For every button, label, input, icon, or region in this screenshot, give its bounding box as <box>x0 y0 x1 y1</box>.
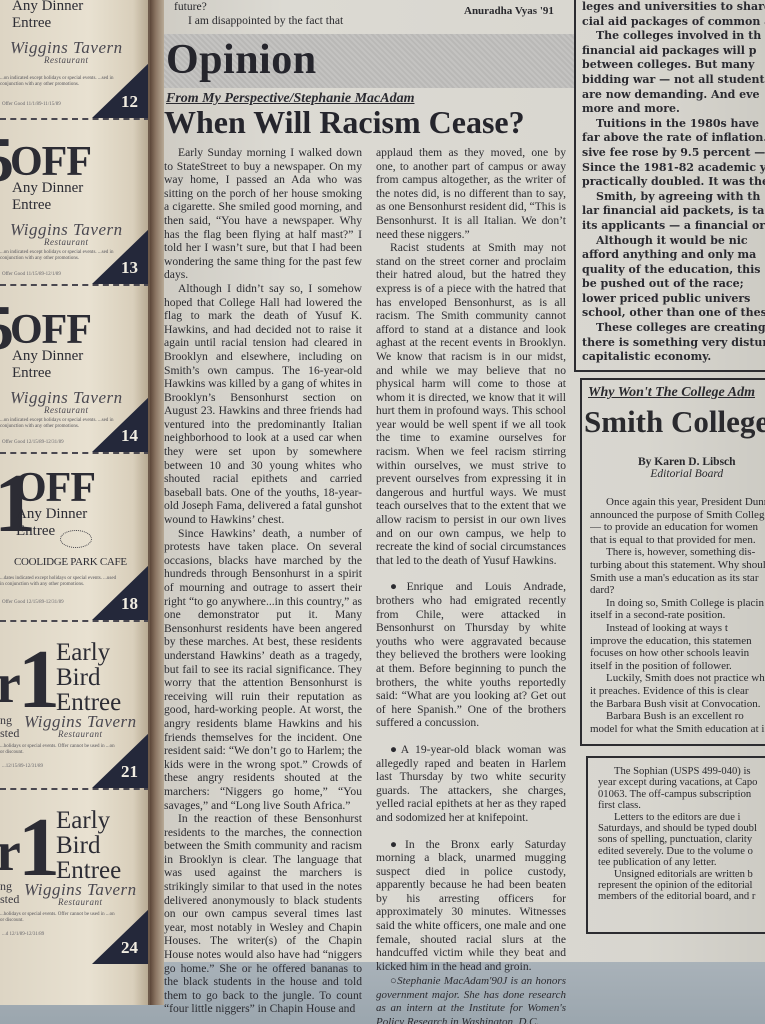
coupon-amount: 1 <box>18 638 60 722</box>
coupon-line2: Entree <box>12 15 83 32</box>
article-paragraph: Although I didn’t say so, I somehow hope… <box>164 282 362 527</box>
editorial-body: Once again this year, President Dunnanno… <box>590 496 765 735</box>
coupon-valid-dates: Offer Good 12/15/89-12/31/89 <box>2 600 64 605</box>
box-rule <box>574 370 765 372</box>
fragment-line: I am disappointed by the fact that <box>174 14 343 28</box>
coupon-number: 14 <box>121 426 138 446</box>
text-line: Although it would be nic <box>582 234 765 249</box>
coupon-line2: Bird <box>56 833 121 858</box>
article-paragraph: In the reaction of these Bensonhurst res… <box>164 812 362 1016</box>
coupon-amount: 1 <box>18 806 60 890</box>
fragment-line: future? <box>174 0 343 14</box>
text-line: model for what the Smith education at i <box>590 723 765 736</box>
author-name: By Karen D. Libsch <box>638 456 736 468</box>
coupon-side-line2: sted <box>0 727 19 740</box>
text-line: are now demanding. And eve <box>582 88 765 103</box>
article-paragraph: applaud them as they moved, one by one, … <box>376 146 566 241</box>
text-line: Saturdays, and should be typed doubl <box>598 823 765 834</box>
masthead-info-box: The Sophian (USPS 499-040) isyear except… <box>586 756 765 934</box>
article-paragraph: Since Hawkins’ death, a number of protes… <box>164 527 362 812</box>
coupon-description: Early Bird Entree <box>56 640 121 715</box>
author-role: Editorial Board <box>638 468 736 480</box>
text-line: cial aid packages of common a <box>582 15 765 30</box>
text-line: it preaches. Evidence of this is clear <box>590 685 765 698</box>
text-line: Luckily, Smith does not practice wh <box>590 672 765 685</box>
text-line: leges and universities to share <box>582 0 765 15</box>
newspaper-page: future? I am disappointed by the fact th… <box>164 0 765 962</box>
coupon-description: Any Dinner Entree <box>12 0 83 32</box>
coupon-number: 24 <box>121 938 138 958</box>
text-line: turbing about this statement. Why shoul <box>590 559 765 572</box>
coupon-line1: Any Dinner <box>12 0 83 15</box>
coupon-side-text: ng sted <box>0 714 19 740</box>
teapot-illustration-icon <box>60 530 92 548</box>
coupon-valid-dates: ...12/15/89-12/31/89 <box>2 764 43 769</box>
news-bullet: ●In the Bronx early Saturday morning a b… <box>376 838 566 974</box>
coupon-book: OFF Any Dinner Entree Wiggins TavernRest… <box>0 0 150 1005</box>
coupon-12: OFF Any Dinner Entree Wiggins TavernRest… <box>0 0 150 120</box>
article-paragraph: Racist students at Smith may not stand o… <box>376 241 566 567</box>
text-line: quality of the education, this <box>582 263 765 278</box>
coupon-side-line2: sted <box>0 893 19 906</box>
book-spine <box>150 0 164 1005</box>
masthead-body: The Sophian (USPS 499-040) isyear except… <box>598 766 765 903</box>
text-line: Unsigned editorials are written b <box>598 869 765 880</box>
text-line: Once again this year, President Dunn <box>590 496 765 509</box>
coupon-valid-dates: ...d 12/1/89-12/31/89 <box>2 932 44 937</box>
text-line: capitalistic economy. <box>582 350 765 365</box>
news-bullet: ●Enrique and Louis Andrade, brothers who… <box>376 580 566 730</box>
smith-college-editorial-box: Why Won't The College Adm Smith College … <box>580 378 765 746</box>
coupon-line1: Any Dinner <box>12 348 83 365</box>
coupon-14: 5 OFF Any Dinner Entree Wiggins TavernRe… <box>0 288 150 454</box>
text-line: announced the purpose of Smith College <box>590 509 765 522</box>
text-line: improve the education, this statemen <box>590 635 765 648</box>
letter-signature: Anuradha Vyas '91 <box>464 5 554 17</box>
text-line: between colleges. But many <box>582 58 765 73</box>
text-line: first class. <box>598 800 765 811</box>
article-headline: When Will Racism Cease? <box>164 104 525 141</box>
coupon-off-label: OFF <box>14 464 95 512</box>
text-line: The Sophian (USPS 499-040) is <box>598 766 765 777</box>
coupon-description: Any Dinner Entree <box>12 180 83 214</box>
text-line: Since the 1981-82 academic y <box>582 161 765 176</box>
coupon-13: 5 OFF Any Dinner Entree Wiggins TavernRe… <box>0 120 150 286</box>
financial-aid-editorial: leges and universities to sharecial aid … <box>582 0 765 365</box>
text-line: 01063. The off-campus subscription <box>598 789 765 800</box>
text-line: Smith, by agreeing with th <box>582 190 765 205</box>
text-line: sons of spelling, punctuation, clarity <box>598 834 765 845</box>
coupon-line1: Any Dinner <box>16 506 87 523</box>
text-line: afford anything and only ma <box>582 248 765 263</box>
coupon-description: Any Dinner Entree <box>12 348 83 382</box>
text-line: more and more. <box>582 102 765 117</box>
text-line: itself in a second-rate position. <box>590 609 765 622</box>
coupon-18: 1 OFF Any Dinner Entree COOLIDGE PARK CA… <box>0 456 150 622</box>
coupon-side-text: ng sted <box>0 880 19 906</box>
coupon-line1: Early <box>56 808 121 833</box>
coupon-line2: Entree <box>12 365 83 382</box>
text-line: — to provide an education for women <box>590 521 765 534</box>
article-paragraph: Early Sunday morning I walked down to St… <box>164 146 362 282</box>
coupon-valid-dates: Offer Good 11/1/89-11/15/89 <box>2 102 61 107</box>
text-line: that is equal to that provided for men. <box>590 534 765 547</box>
text-line: school, other than one of thes <box>582 306 765 321</box>
text-line: represent the opinion of the editorial <box>598 880 765 891</box>
text-line: edited severely. Due to the volume o <box>598 846 765 857</box>
article-column-1: Early Sunday morning I walked down to St… <box>164 146 362 1016</box>
text-line: lower priced public univers <box>582 292 765 307</box>
editorial-title: Smith College <box>584 404 765 440</box>
coupon-off-label: OFF <box>10 138 91 186</box>
coupon-line2: Entree <box>12 197 83 214</box>
news-bullet: ●A 19-year-old black woman was allegedly… <box>376 743 566 825</box>
coupon-valid-dates: Offer Good 12/15/89-12/31/89 <box>2 440 64 445</box>
coupon-line1: Any Dinner <box>12 180 83 197</box>
text-line: lar financial aid packets, is ta <box>582 204 765 219</box>
text-line: Smith use a man's education as its star <box>590 572 765 585</box>
column-rule <box>574 0 576 372</box>
text-line: Instead of looking at ways t <box>590 622 765 635</box>
coupon-line1: Early <box>56 640 121 665</box>
text-line: In doing so, Smith College is placin <box>590 597 765 610</box>
text-line: Barbara Bush is an excellent ro <box>590 710 765 723</box>
text-line: tee publication of any letter. <box>598 857 765 868</box>
coupon-off-label: OFF <box>10 306 91 354</box>
coupon-line2: Bird <box>56 665 121 690</box>
coupon-number: 12 <box>121 92 138 112</box>
text-line: far above the rate of inflation. <box>582 131 765 146</box>
previous-letter-fragment: future? I am disappointed by the fact th… <box>174 0 343 28</box>
text-line: practically doubled. It was the <box>582 175 765 190</box>
text-line: dard? <box>590 584 765 597</box>
text-line: financial aid packages will p <box>582 44 765 59</box>
text-line: These colleges are creating <box>582 321 765 336</box>
section-title: Opinion <box>166 36 317 84</box>
coupon-21: r 1 Early Bird Entree ng sted Wiggins Ta… <box>0 624 150 790</box>
editorial-kicker: Why Won't The College Adm <box>588 385 755 401</box>
article-column-2: applaud them as they moved, one by one, … <box>376 146 566 1024</box>
text-line: focuses on how other schools leavin <box>590 647 765 660</box>
coupon-valid-dates: Offer Good 11/15/89-12/1/89 <box>2 272 61 277</box>
text-line: its applicants — a financial or <box>582 219 765 234</box>
author-bio: ○Stephanie MacAdam'90J is an honors gove… <box>376 975 566 1024</box>
text-line: itself in the position of follower. <box>590 660 765 673</box>
coupon-brand: Wiggins TavernRestaurant <box>10 38 123 65</box>
text-line: bidding war — not all student <box>582 73 765 88</box>
coupon-24: r 1 Early Bird Entree ng sted Wiggins Ta… <box>0 792 150 972</box>
text-line: There is, however, something dis- <box>590 546 765 559</box>
text-line: members of the editorial board, and r <box>598 891 765 902</box>
text-line: Tuitions in the 1980s have <box>582 117 765 132</box>
text-line: sive fee rose by 9.5 percent — <box>582 146 765 161</box>
coupon-brand: Wiggins TavernRestaurant <box>24 880 137 907</box>
text-line: the Barbara Bush visit at Convocation. <box>590 698 765 711</box>
text-line: year except during vacations, at Capo <box>598 777 765 788</box>
text-line: Letters to the editors are due i <box>598 812 765 823</box>
coupon-number: 18 <box>121 594 138 614</box>
coupon-description: Early Bird Entree <box>56 808 121 883</box>
text-line: be pushed out of the race; <box>582 277 765 292</box>
editorial-byline: By Karen D. Libsch Editorial Board <box>638 456 736 480</box>
text-line: The colleges involved in th <box>582 29 765 44</box>
text-line: there is something very distur <box>582 336 765 351</box>
coupon-number: 13 <box>121 258 138 278</box>
coupon-number: 21 <box>121 762 138 782</box>
